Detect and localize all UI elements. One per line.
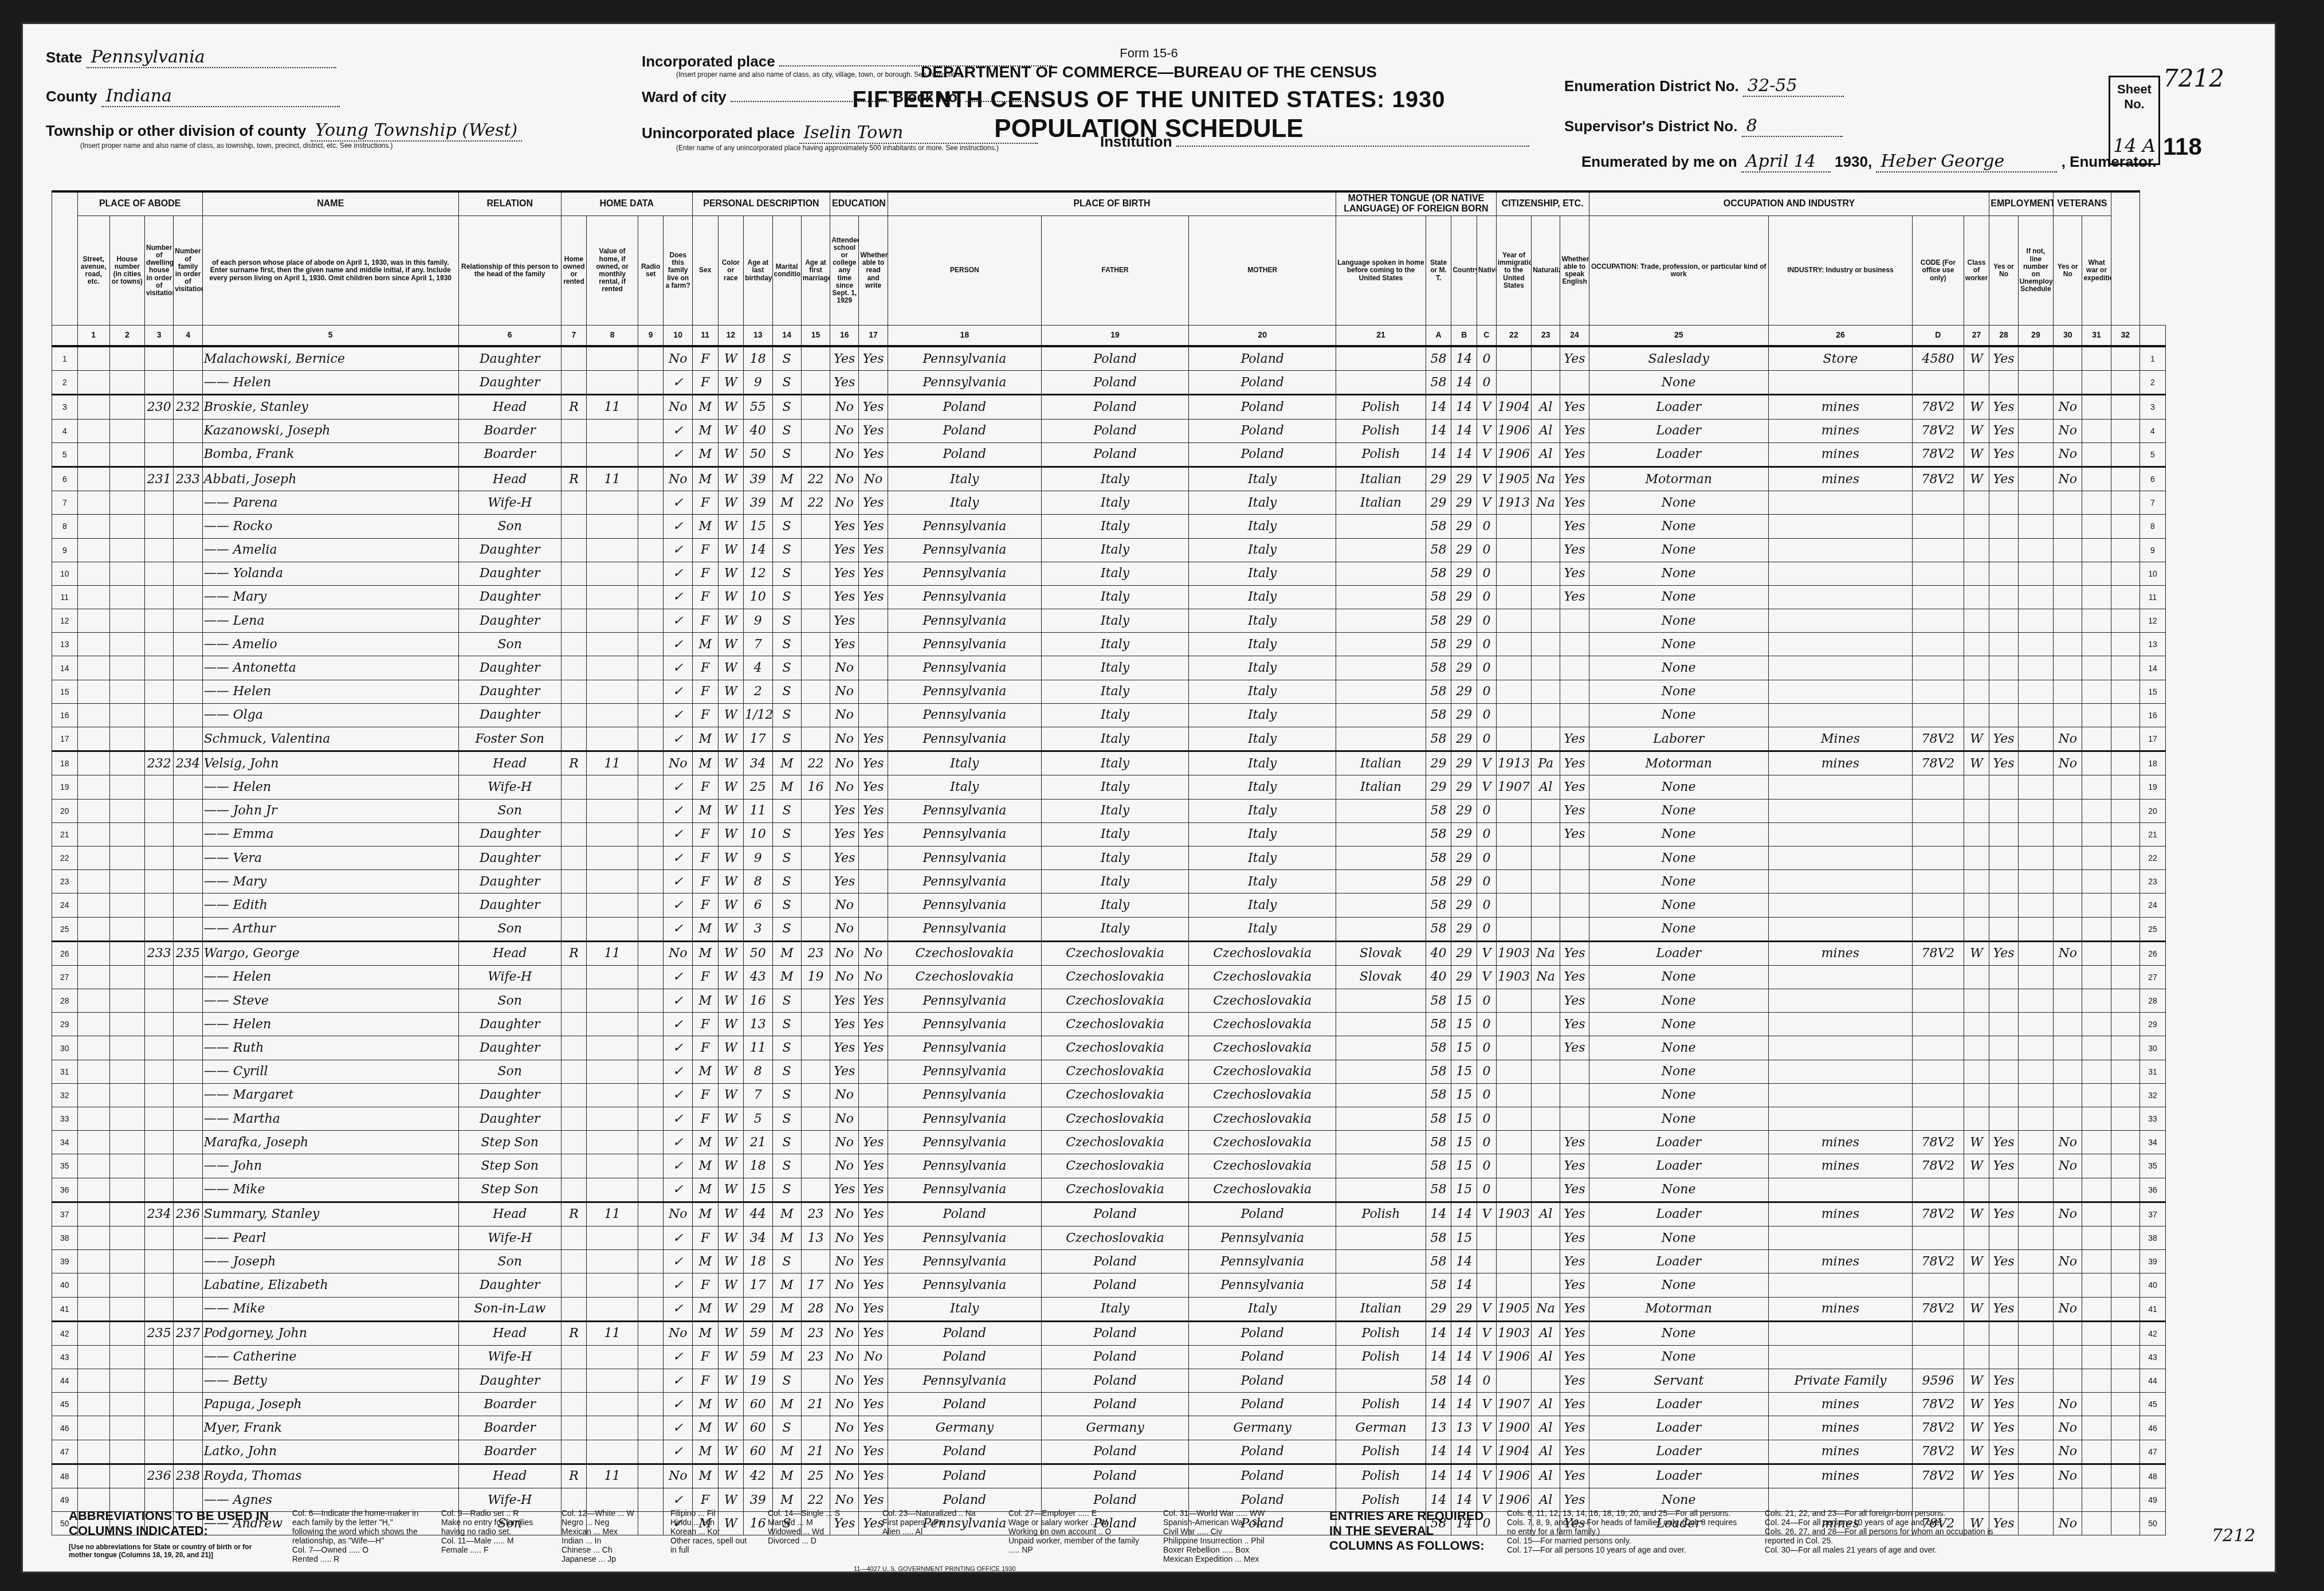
cell-rel: Son [458, 917, 561, 941]
cell-c [1477, 1273, 1497, 1297]
cell-eng: Yes [1560, 467, 1589, 491]
cell-bpf: Italy [1042, 846, 1189, 869]
column-number: 30 [2054, 326, 2082, 347]
cell-occ: None [1589, 775, 1768, 799]
cell-sch: No [830, 1107, 859, 1131]
cell-house [109, 680, 144, 703]
cell-radio [638, 538, 664, 562]
state-value: Pennsylvania [87, 47, 336, 68]
cell-dw [145, 1393, 174, 1416]
cell-age: 11 [744, 799, 772, 822]
cell-c: 0 [1477, 1083, 1497, 1107]
cell-eng [1560, 846, 1589, 869]
cell-own [561, 727, 587, 751]
cell-house [109, 1369, 144, 1393]
cell-eng: Yes [1560, 1321, 1589, 1345]
cell-vet [2054, 1036, 2082, 1060]
cell-agem [801, 870, 830, 894]
population-table: PLACE OF ABODE NAME RELATION HOME DATA P… [52, 190, 2166, 1535]
line-number: 16 [52, 703, 78, 727]
cell-vet [2054, 515, 2082, 538]
cell-race: W [718, 1178, 744, 1202]
cell-house [109, 1297, 144, 1321]
cell-unemp [2018, 1154, 2053, 1178]
cell-imm [1496, 1131, 1531, 1154]
cell-rel: Son [458, 1250, 561, 1273]
column-number: 4 [174, 326, 202, 347]
cell-fam [174, 491, 202, 515]
cell-bp: Poland [888, 442, 1041, 467]
cell-b: 15 [1451, 1107, 1477, 1131]
cell-vet: No [2054, 467, 2082, 491]
cell-name: —— Amelio [202, 633, 458, 656]
cell-occ: None [1589, 894, 1768, 917]
cell-b: 29 [1451, 656, 1477, 680]
line-number-right: 6 [2140, 467, 2166, 491]
line-number-right: 32 [2140, 1083, 2166, 1107]
line-number: 48 [52, 1464, 78, 1488]
cell-own [561, 1416, 587, 1440]
cell-vet: No [2054, 1250, 2082, 1273]
cell-vet: No [2054, 727, 2082, 751]
cell-read: Yes [859, 442, 888, 467]
cell-sch: No [830, 1464, 859, 1488]
cell-occ: Loader [1589, 419, 1768, 442]
cell-eng: Yes [1560, 585, 1589, 609]
cell-farm: No [664, 467, 692, 491]
cell-lang [1336, 989, 1426, 1013]
cell-emp [1989, 703, 2018, 727]
cell-bpm: Italy [1189, 491, 1336, 515]
cell-imm [1496, 870, 1531, 894]
cell-fam [174, 1178, 202, 1202]
group-employment: EMPLOYMENT [1989, 191, 2054, 216]
cell-bpf: Poland [1042, 419, 1189, 442]
cell-street [77, 965, 109, 989]
cell-vet [2054, 846, 2082, 869]
incorporated-place-value [779, 65, 1052, 66]
column-number: 19 [1042, 326, 1189, 347]
cell-sch: No [830, 1416, 859, 1440]
cell-read [859, 1083, 888, 1107]
cell-bp: Pennsylvania [888, 1107, 1041, 1131]
cell-farmsch [2111, 775, 2140, 799]
cell-read: Yes [859, 775, 888, 799]
cell-cls [1964, 775, 1989, 799]
cell-ind [1768, 371, 1913, 395]
cell-ind [1768, 585, 1913, 609]
cell-vet [2054, 346, 2082, 371]
cell-sch: No [830, 703, 859, 727]
table-row: 6231233Abbati, JosephHeadR11NoMW39M22NoN… [52, 467, 2166, 491]
cell-bpf: Italy [1042, 562, 1189, 585]
cell-rel: Daughter [458, 585, 561, 609]
cell-bp: Italy [888, 775, 1041, 799]
cell-bpm: Czechoslovakia [1189, 1107, 1336, 1131]
cell-bp: Germany [888, 1416, 1041, 1440]
cell-radio [638, 1202, 664, 1226]
cell-val [587, 562, 638, 585]
cell-farm: ✓ [664, 609, 692, 633]
cell-war [2082, 346, 2111, 371]
cell-rel: Son [458, 989, 561, 1013]
cell-nat: Al [1532, 395, 1560, 419]
cell-code: 4580 [1913, 346, 1964, 371]
cell-emp [1989, 1178, 2018, 1202]
cell-own [561, 419, 587, 442]
cell-read: No [859, 467, 888, 491]
cell-read [859, 371, 888, 395]
cell-a: 14 [1426, 395, 1451, 419]
cell-cls [1964, 371, 1989, 395]
cell-nat [1532, 346, 1560, 371]
cell-bpm: Italy [1189, 1297, 1336, 1321]
cell-street [77, 371, 109, 395]
cell-bpf: Italy [1042, 656, 1189, 680]
cell-age: 2 [744, 680, 772, 703]
cell-own [561, 1369, 587, 1393]
cell-read: Yes [859, 1393, 888, 1416]
cell-dw [145, 727, 174, 751]
cell-sch: Yes [830, 989, 859, 1013]
cell-eng: Yes [1560, 491, 1589, 515]
cell-war [2082, 491, 2111, 515]
cell-house [109, 1013, 144, 1036]
cell-dw: 231 [145, 467, 174, 491]
cell-emp: Yes [1989, 1131, 2018, 1154]
cell-house [109, 703, 144, 727]
cell-imm [1496, 1154, 1531, 1178]
cell-mar: M [772, 1321, 801, 1345]
cell-race: W [718, 1036, 744, 1060]
cell-bpm: Poland [1189, 395, 1336, 419]
cell-imm: 1904 [1496, 395, 1531, 419]
cell-radio [638, 585, 664, 609]
cell-fam [174, 846, 202, 869]
cell-sex: M [692, 1202, 718, 1226]
cell-dw [145, 371, 174, 395]
cell-b: 29 [1451, 799, 1477, 822]
cell-bp: Pennsylvania [888, 894, 1041, 917]
cell-rel: Boarder [458, 442, 561, 467]
cell-code: 78V2 [1913, 1440, 1964, 1464]
cell-war [2082, 751, 2111, 775]
cell-street [77, 1440, 109, 1464]
cell-house [109, 1107, 144, 1131]
cell-nat: Na [1532, 467, 1560, 491]
cell-mar: M [772, 1273, 801, 1297]
cell-c: 0 [1477, 680, 1497, 703]
cell-unemp [2018, 346, 2053, 371]
table-row: 8—— RockoSon✓MW15SYesYesPennsylvaniaItal… [52, 515, 2166, 538]
cell-emp [1989, 822, 2018, 846]
cell-eng: Yes [1560, 775, 1589, 799]
cell-fam: 233 [174, 467, 202, 491]
cell-c: 0 [1477, 727, 1497, 751]
cell-dw: 235 [145, 1321, 174, 1345]
cell-bpm: Italy [1189, 822, 1336, 846]
cell-lang [1336, 1131, 1426, 1154]
cell-agem [801, 1154, 830, 1178]
cell-emp [1989, 965, 2018, 989]
cell-bpm: Italy [1189, 799, 1336, 822]
township-field: Township or other division of county You… [46, 120, 522, 150]
cell-cls [1964, 1273, 1989, 1297]
cell-unemp [2018, 727, 2053, 751]
cell-bp: Pennsylvania [888, 1250, 1041, 1273]
cell-fam [174, 799, 202, 822]
cell-ind [1768, 894, 1913, 917]
cell-b: 29 [1451, 1297, 1477, 1321]
cell-imm: 1905 [1496, 1297, 1531, 1321]
table-row: 9—— AmeliaDaughter✓FW14SYesYesPennsylvan… [52, 538, 2166, 562]
cell-eng: Yes [1560, 1393, 1589, 1416]
cell-vet [2054, 680, 2082, 703]
cell-name: —— Mike [202, 1178, 458, 1202]
cell-bpf: Czechoslovakia [1042, 1107, 1189, 1131]
cell-war [2082, 870, 2111, 894]
cell-ind [1768, 799, 1913, 822]
cell-val: 11 [587, 1202, 638, 1226]
cell-radio [638, 346, 664, 371]
cell-bp: Pennsylvania [888, 846, 1041, 869]
cell-lang [1336, 1178, 1426, 1202]
cell-agem: 22 [801, 491, 830, 515]
cell-ind [1768, 1083, 1913, 1107]
table-row: 33—— MarthaDaughter✓FW5SNoPennsylvaniaCz… [52, 1107, 2166, 1131]
cell-b: 29 [1451, 965, 1477, 989]
cell-val [587, 371, 638, 395]
cell-sex: M [692, 917, 718, 941]
cell-sex: M [692, 1154, 718, 1178]
cell-emp: Yes [1989, 442, 2018, 467]
cell-street [77, 870, 109, 894]
cell-race: W [718, 989, 744, 1013]
line-number-right: 38 [2140, 1226, 2166, 1249]
cell-read: Yes [859, 538, 888, 562]
cell-unemp [2018, 917, 2053, 941]
enumerator-name: Heber George [1876, 151, 2057, 173]
cell-emp: Yes [1989, 1154, 2018, 1178]
cell-b: 29 [1451, 680, 1477, 703]
cell-a: 40 [1426, 965, 1451, 989]
cell-bpm: Poland [1189, 371, 1336, 395]
cell-occ: Saleslady [1589, 346, 1768, 371]
cell-vet [2054, 538, 2082, 562]
census-rows: 1Malachowski, BerniceDaughterNoFW18SYesY… [52, 346, 2166, 1535]
cell-eng: Yes [1560, 1178, 1589, 1202]
cell-age: 17 [744, 1273, 772, 1297]
cell-war [2082, 1107, 2111, 1131]
cell-code [1913, 775, 1964, 799]
cell-fam [174, 1369, 202, 1393]
cell-imm [1496, 1369, 1531, 1393]
cell-own [561, 1178, 587, 1202]
cell-bp: Poland [888, 1393, 1041, 1416]
cell-sex: M [692, 727, 718, 751]
cell-a: 14 [1426, 1393, 1451, 1416]
cell-sch: No [830, 680, 859, 703]
form-number: Form 15-6 [23, 46, 2275, 61]
cell-sex: F [692, 562, 718, 585]
cell-b: 15 [1451, 1178, 1477, 1202]
cell-unemp [2018, 1416, 2053, 1440]
cell-own [561, 656, 587, 680]
cell-mar: S [772, 1107, 801, 1131]
cell-race: W [718, 609, 744, 633]
table-row: 7—— ParenaWife-H✓FW39M22NoYesItalyItalyI… [52, 491, 2166, 515]
cell-own: R [561, 1464, 587, 1488]
cell-code [1913, 371, 1964, 395]
cell-farmsch [2111, 703, 2140, 727]
cell-street [77, 1107, 109, 1131]
cell-code: 78V2 [1913, 1202, 1964, 1226]
cell-lang [1336, 1060, 1426, 1083]
cell-war [2082, 538, 2111, 562]
cell-rel: Daughter [458, 703, 561, 727]
cell-read: No [859, 965, 888, 989]
cell-ind: Private Family [1768, 1369, 1913, 1393]
cell-race: W [718, 965, 744, 989]
cell-mar: S [772, 609, 801, 633]
cell-occ: None [1589, 1013, 1768, 1036]
cell-fam [174, 1440, 202, 1464]
cell-farm: ✓ [664, 822, 692, 846]
cell-race: W [718, 633, 744, 656]
cell-c: 0 [1477, 894, 1497, 917]
cell-sch: No [830, 442, 859, 467]
cell-code [1913, 846, 1964, 869]
cell-own [561, 680, 587, 703]
enumeration-district-value: 32-55 [1743, 76, 1844, 97]
cell-sex: M [692, 989, 718, 1013]
cell-radio [638, 1345, 664, 1369]
line-number: 30 [52, 1036, 78, 1060]
cell-read: No [859, 1345, 888, 1369]
cell-mar: S [772, 395, 801, 419]
cell-unemp [2018, 1250, 2053, 1273]
cell-occ: Loader [1589, 1154, 1768, 1178]
cell-bpf: Italy [1042, 775, 1189, 799]
cell-sex: M [692, 1297, 718, 1321]
cell-name: —— Pearl [202, 1226, 458, 1249]
cell-farmsch [2111, 562, 2140, 585]
cell-mar: S [772, 799, 801, 822]
cell-vet [2054, 703, 2082, 727]
cell-name: —— John [202, 1154, 458, 1178]
cell-c: 0 [1477, 371, 1497, 395]
cell-fam [174, 703, 202, 727]
cell-fam [174, 917, 202, 941]
cell-sex: M [692, 442, 718, 467]
cell-rel: Daughter [458, 562, 561, 585]
cell-rel: Daughter [458, 656, 561, 680]
column-number: 14 [772, 326, 801, 347]
cell-war [2082, 656, 2111, 680]
cell-bp: Pennsylvania [888, 1060, 1041, 1083]
cell-radio [638, 751, 664, 775]
cell-house [109, 1416, 144, 1440]
line-number: 17 [52, 727, 78, 751]
cell-eng [1560, 1060, 1589, 1083]
cell-sch: Yes [830, 585, 859, 609]
cell-own [561, 965, 587, 989]
cell-farm: ✓ [664, 1440, 692, 1464]
table-row: 20—— John JrSon✓MW11SYesYesPennsylvaniaI… [52, 799, 2166, 822]
cell-dw [145, 1154, 174, 1178]
cell-agem [801, 442, 830, 467]
cell-eng [1560, 656, 1589, 680]
cell-read: Yes [859, 1440, 888, 1464]
cell-emp: Yes [1989, 1297, 2018, 1321]
cell-nat [1532, 1060, 1560, 1083]
cell-val [587, 1345, 638, 1369]
cell-cls: W [1964, 346, 1989, 371]
cell-code [1913, 965, 1964, 989]
cell-nat [1532, 538, 1560, 562]
cell-emp [1989, 515, 2018, 538]
cell-war [2082, 989, 2111, 1013]
line-number-right: 17 [2140, 727, 2166, 751]
cell-read [859, 680, 888, 703]
cell-mar: M [772, 1226, 801, 1249]
cell-radio [638, 989, 664, 1013]
cell-bp: Pennsylvania [888, 538, 1041, 562]
cell-rel: Wife-H [458, 491, 561, 515]
cell-imm [1496, 562, 1531, 585]
enumeration-date: April 14 [1741, 151, 1831, 173]
supervisor-district-value: 8 [1742, 116, 1843, 137]
cell-dw [145, 917, 174, 941]
cell-age: 34 [744, 751, 772, 775]
cell-cls [1964, 917, 1989, 941]
cell-farmsch [2111, 822, 2140, 846]
cell-read: Yes [859, 395, 888, 419]
cell-house [109, 515, 144, 538]
cell-rel: Daughter [458, 1036, 561, 1060]
cell-val [587, 965, 638, 989]
cell-agem [801, 346, 830, 371]
cell-race: W [718, 1416, 744, 1440]
cell-vet: No [2054, 1131, 2082, 1154]
cell-emp [1989, 1060, 2018, 1083]
cell-eng: Yes [1560, 442, 1589, 467]
cell-mar: S [772, 894, 801, 917]
cell-sch: Yes [830, 346, 859, 371]
cell-fam [174, 371, 202, 395]
cell-unemp [2018, 538, 2053, 562]
cell-val [587, 846, 638, 869]
cell-race: W [718, 846, 744, 869]
cell-house [109, 822, 144, 846]
cell-cls [1964, 1036, 1989, 1060]
cell-age: 9 [744, 609, 772, 633]
cell-race: W [718, 1369, 744, 1393]
cell-bp: Pennsylvania [888, 1013, 1041, 1036]
cell-emp: Yes [1989, 467, 2018, 491]
cell-bp: Pennsylvania [888, 562, 1041, 585]
cell-farm: ✓ [664, 1178, 692, 1202]
cell-race: W [718, 1464, 744, 1488]
cell-bpm: Italy [1189, 515, 1336, 538]
cell-age: 9 [744, 371, 772, 395]
cell-dw: 233 [145, 941, 174, 965]
cell-read: Yes [859, 491, 888, 515]
cell-age: 59 [744, 1345, 772, 1369]
line-number-right: 37 [2140, 1202, 2166, 1226]
cell-street [77, 1464, 109, 1488]
cell-imm [1496, 1273, 1531, 1297]
